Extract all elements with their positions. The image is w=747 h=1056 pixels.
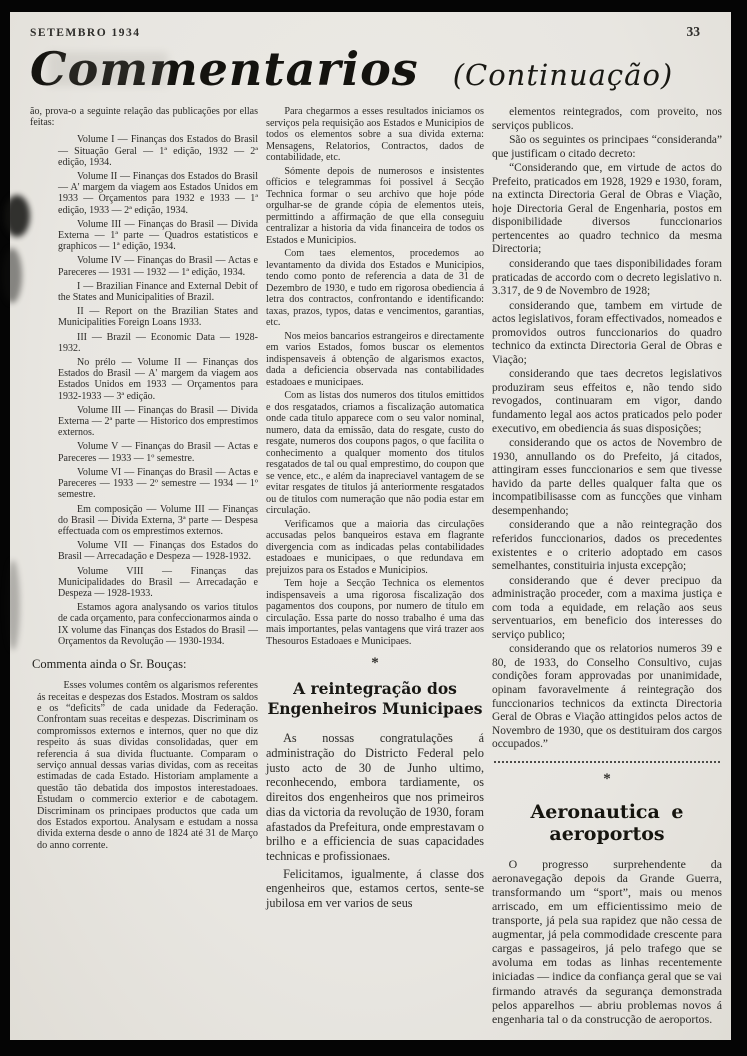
- paragraph: Com as listas dos numeros dos titulos em…: [266, 390, 484, 517]
- publication-item: Volume III — Finanças do Brasil — Divida…: [58, 405, 258, 439]
- paragraph: Sómente depois de numerosos e insistente…: [266, 166, 484, 247]
- publication-item: Volume I — Finanças dos Estados do Brasi…: [58, 134, 258, 168]
- ink-smudge: [2, 248, 22, 303]
- dotted-divider: [494, 761, 720, 763]
- column-2-body: Para chegarmos a esses resultados inicia…: [266, 106, 484, 647]
- paragraph: considerando que é dever precipuo da adm…: [492, 575, 722, 643]
- paragraph: considerando que taes decretos legislati…: [492, 368, 722, 436]
- publication-item: Volume VIII — Finanças das Municipalidad…: [58, 566, 258, 600]
- column-2: Para chegarmos a esses resultados inicia…: [266, 106, 484, 1040]
- publication-item: III — Brazil — Economic Data — 1928-1932…: [58, 332, 258, 354]
- ink-smudge: [6, 560, 20, 650]
- paragraph: considerando que os relatorios numeros 3…: [492, 643, 722, 751]
- paragraph: Nos meios bancarios estrangeiros e direc…: [266, 331, 484, 389]
- intro-paragraph: ão, prova-o a seguinte relação das publi…: [30, 106, 258, 128]
- commenta-lead: Commenta ainda o Sr. Bouças:: [32, 659, 258, 670]
- publication-item: Estamos agora analysando os varios titul…: [58, 602, 258, 647]
- paragraph: considerando que, tambem em virtude de a…: [492, 300, 722, 368]
- publication-item: I — Brazilian Finance and External Debit…: [58, 281, 258, 303]
- paragraph: Com taes elementos, procedemos ao levant…: [266, 248, 484, 329]
- publication-item: II — Report on the Brazilian States and …: [58, 306, 258, 328]
- paragraph: considerando que os actos de Novembro de…: [492, 437, 722, 518]
- paragraph: Verificamos que a maioria das circulaçõe…: [266, 519, 484, 577]
- page-header: SETEMBRO 1934 33: [30, 24, 722, 40]
- column-3: elementos reintegrados, com proveito, no…: [492, 106, 722, 1040]
- page-number: 33: [687, 24, 723, 40]
- paragraph: considerando que a não reintegração dos …: [492, 519, 722, 573]
- publication-item: No prélo — Volume II — Finanças dos Esta…: [58, 357, 258, 402]
- continued-note: (Conclue na pag. 54): [492, 1038, 722, 1040]
- ink-smudge: [4, 195, 30, 237]
- ink-smudge: [48, 52, 168, 86]
- magazine-page: SETEMBRO 1934 33 Commentarios (Continuaç…: [10, 12, 731, 1040]
- publications-list: Volume I — Finanças dos Estados do Brasi…: [30, 134, 258, 647]
- asterisk-divider: *: [492, 772, 722, 787]
- publication-item: Volume II — Finanças dos Estados do Bras…: [58, 171, 258, 216]
- section-heading-engenheiros: A reintegração dos Engenheiros Municipae…: [266, 679, 484, 719]
- publication-item: Em composição — Volume III — Finanças do…: [58, 504, 258, 538]
- closing-paragraph: Esses volumes contêm os algarismos refer…: [30, 680, 258, 851]
- asterisk-divider: *: [266, 656, 484, 671]
- issue-date: SETEMBRO 1934: [30, 27, 141, 39]
- section-paragraph: As nossas congratulações á administração…: [266, 731, 484, 863]
- publication-item: Volume III — Finanças do Brasil — Divida…: [58, 219, 258, 253]
- publication-item: Volume IV — Finanças do Brasil — Actas e…: [58, 255, 258, 277]
- publication-item: Volume VII — Finanças dos Estados do Bra…: [58, 540, 258, 562]
- paragraph: São os seguintes os principaes “consider…: [492, 134, 722, 161]
- paragraph: considerando que taes disponibilidades f…: [492, 258, 722, 299]
- publication-item: Volume VI — Finanças do Brasil — Actas e…: [58, 467, 258, 501]
- continuation-label: (Continuação): [453, 58, 674, 92]
- section-engenheiros-body: As nossas congratulações á administração…: [266, 731, 484, 910]
- column-1: ão, prova-o a seguinte relação das publi…: [30, 106, 258, 1040]
- section-aeronautica-body: O progresso surprehendente da aeronavega…: [492, 857, 722, 1026]
- paragraph: “Considerando que, em virtude de actos d…: [492, 162, 722, 257]
- section-paragraph: O progresso surprehendente da aeronavega…: [492, 857, 722, 1026]
- text-columns: ão, prova-o a seguinte relação das publi…: [30, 106, 722, 1040]
- column-3-body: elementos reintegrados, com proveito, no…: [492, 106, 722, 752]
- paragraph: elementos reintegrados, com proveito, no…: [492, 106, 722, 133]
- section-heading-aeronautica: Aeronautica e aeroportos: [492, 801, 722, 845]
- paragraph: Para chegarmos a esses resultados inicia…: [266, 106, 484, 164]
- paragraph: Tem hoje a Secção Technica os elementos …: [266, 578, 484, 647]
- publication-item: Volume V — Finanças do Brasil — Actas e …: [58, 441, 258, 463]
- scan-background: SETEMBRO 1934 33 Commentarios (Continuaç…: [0, 0, 747, 1056]
- section-paragraph: Felicitamos, igualmente, á classe dos en…: [266, 867, 484, 911]
